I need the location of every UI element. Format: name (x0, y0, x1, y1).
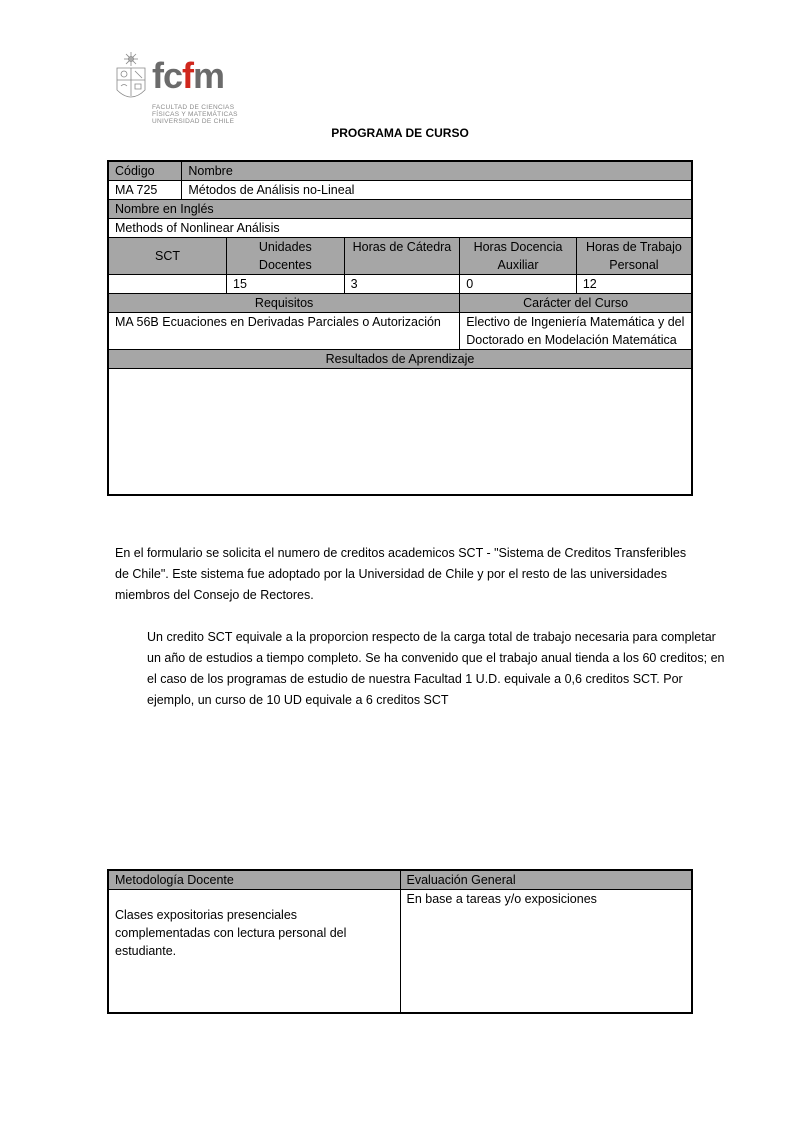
english-name-label: Nombre en Inglés (108, 200, 692, 219)
sct-value (108, 275, 227, 294)
resultados-label: Resultados de Aprendizaje (108, 350, 692, 369)
methodology-table: Metodología Docente Evaluación General C… (107, 869, 693, 1014)
horas-personal-value: 12 (576, 275, 692, 294)
horas-personal-header: Horas de Trabajo Personal (576, 238, 692, 275)
caracter-value: Electivo de Ingeniería Matemática y del … (460, 313, 692, 350)
unidades-docentes-header: Unidades Docentes (227, 238, 345, 275)
page-title: PROGRAMA DE CURSO (0, 126, 800, 140)
horas-catedra-value: 3 (344, 275, 460, 294)
evaluacion-label: Evaluación General (400, 870, 692, 890)
faculty-name: FACULTAD DE CIENCIAS FÍSICAS Y MATEMÁTIC… (152, 104, 238, 125)
horas-auxiliar-value: 0 (460, 275, 577, 294)
unidades-docentes-value: 15 (227, 275, 345, 294)
requisitos-label: Requisitos (108, 294, 460, 313)
code-label: Código (108, 161, 182, 181)
fcfm-logo: fcfm FACULTAD DE CIENCIAS FÍSICAS Y MATE… (112, 46, 242, 128)
course-name: Métodos de Análisis no-Lineal (182, 181, 692, 200)
metodologia-label: Metodología Docente (108, 870, 400, 890)
horas-catedra-header: Horas de Cátedra (344, 238, 460, 275)
university-crest-icon (114, 50, 148, 104)
metodologia-value: Clases expositorias presenciales complem… (108, 890, 400, 1014)
fcfm-wordmark: fcfm (152, 56, 224, 96)
course-code: MA 725 (108, 181, 182, 200)
requisitos-value: MA 56B Ecuaciones en Derivadas Parciales… (108, 313, 460, 350)
resultados-value (108, 369, 692, 496)
course-table: Código Nombre MA 725 Métodos de Análisis… (107, 160, 693, 496)
name-label: Nombre (182, 161, 692, 181)
sct-explanation-paragraph: En el formulario se solicita el numero d… (115, 543, 695, 606)
caracter-label: Carácter del Curso (460, 294, 692, 313)
english-name: Methods of Nonlinear Análisis (108, 219, 692, 238)
horas-auxiliar-header: Horas Docencia Auxiliar (460, 238, 577, 275)
evaluacion-value: En base a tareas y/o exposiciones (400, 890, 692, 1014)
sct-header: SCT (108, 238, 227, 275)
sct-definition-paragraph: Un credito SCT equivale a la proporcion … (115, 627, 727, 711)
